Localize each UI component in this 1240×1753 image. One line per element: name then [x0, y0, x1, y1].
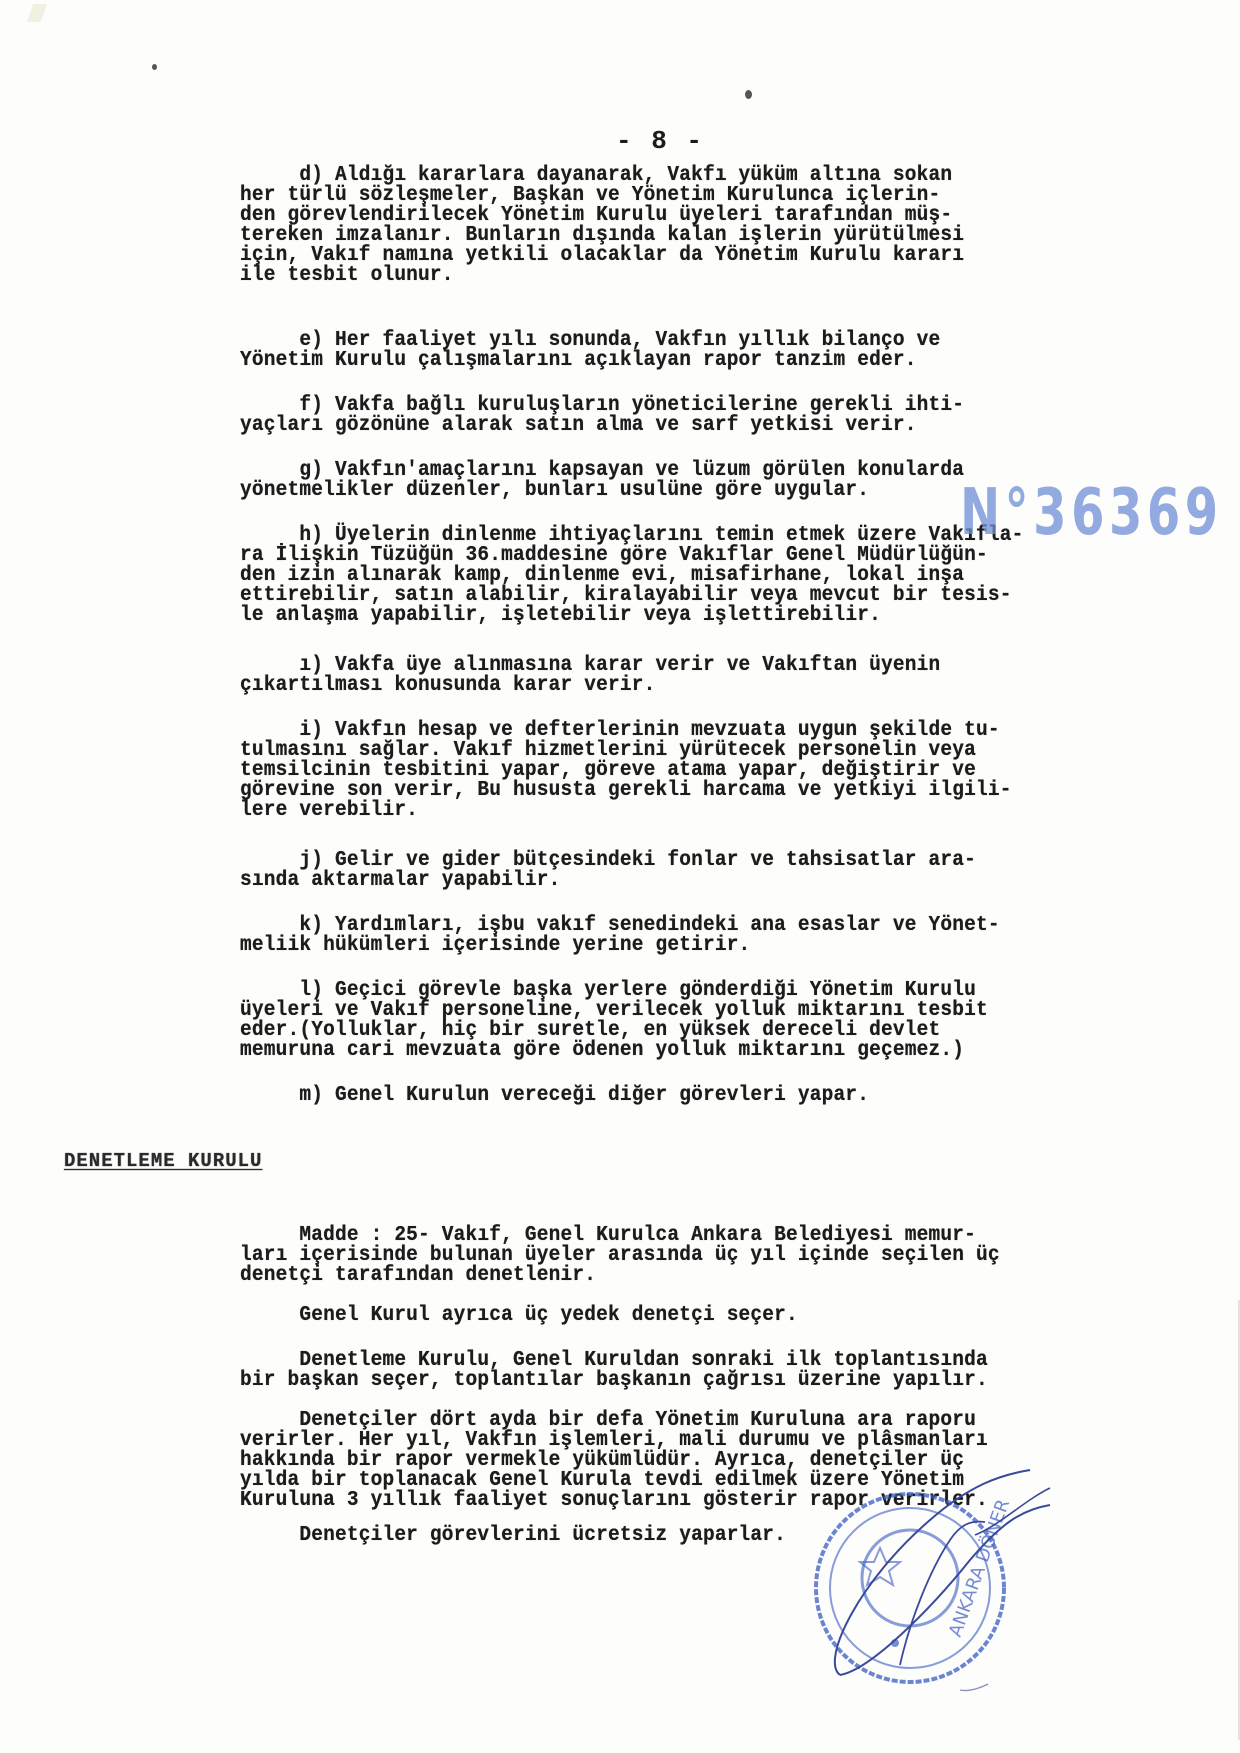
audit-paragraph-yedek: Genel Kurul ayrıca üç yedek denetçi seçe…: [240, 1305, 1110, 1325]
paragraph-d: d) Aldığı kararlara dayanarak, Vakfı yük…: [240, 165, 1110, 285]
text-line: l) Geçici görevle başka yerlere gönderdi…: [240, 980, 1110, 1000]
text-line: Genel Kurul ayrıca üç yedek denetçi seçe…: [240, 1305, 1110, 1325]
text-line: görevine son verir, Bu hususta gerekli h…: [240, 780, 1110, 800]
text-line: i) Vakfın hesap ve defterlerinin mevzuat…: [240, 720, 1110, 740]
paragraph-j: j) Gelir ve gider bütçesindeki fonlar ve…: [240, 850, 1110, 890]
paper-speck: [152, 64, 157, 70]
text-line: j) Gelir ve gider bütçesindeki fonlar ve…: [240, 850, 1110, 870]
text-line: Yönetim Kurulu çalışmalarını açıklayan r…: [240, 350, 1110, 370]
text-line: verirler. Her yıl, Vakfın işlemleri, mal…: [240, 1430, 1110, 1450]
text-line: Madde : 25- Vakıf, Genel Kurulca Ankara …: [240, 1225, 1110, 1245]
text-line: ları içerisinde bulunan üyeler arasında …: [240, 1245, 1110, 1265]
text-line: le anlaşma yapabilir, işletebilir veya i…: [240, 605, 1110, 625]
paragraph-e: e) Her faaliyet yılı sonunda, Vakfın yıl…: [240, 330, 1110, 370]
paper-corner-fold: [27, 4, 48, 22]
text-line: yaçları gözönüne alarak satın alma ve sa…: [240, 415, 1110, 435]
text-line: ı) Vakfa üye alınmasına karar verir ve V…: [240, 655, 1110, 675]
text-line: tulmasını sağlar. Vakıf hizmetlerini yür…: [240, 740, 1110, 760]
text-line: Denetleme Kurulu, Genel Kuruldan sonraki…: [240, 1350, 1110, 1370]
text-line: den izin alınarak kamp, dinlenme evi, mi…: [240, 565, 1110, 585]
audit-paragraph-madde-25: Madde : 25- Vakıf, Genel Kurulca Ankara …: [240, 1225, 1110, 1285]
text-line: her türlü sözleşmeler, Başkan ve Yönetim…: [240, 185, 1110, 205]
text-line: d) Aldığı kararlara dayanarak, Vakfı yük…: [240, 165, 1110, 185]
text-line: temsilcinin tesbitini yapar, göreve atam…: [240, 760, 1110, 780]
text-line: Denetçiler dört ayda bir defa Yönetim Ku…: [240, 1410, 1110, 1430]
text-line: den görevlendirilecek Yönetim Kurulu üye…: [240, 205, 1110, 225]
text-line: f) Vakfa bağlı kuruluşların yöneticileri…: [240, 395, 1110, 415]
text-line: çıkartılması konusunda karar verir.: [240, 675, 1110, 695]
text-line: memuruna cari mevzuata göre ödenen yollu…: [240, 1040, 1110, 1060]
registration-stamp-number: N°36369: [960, 476, 1223, 550]
page-number: - 8 -: [0, 126, 1240, 156]
paragraph-ı: ı) Vakfa üye alınmasına karar verir ve V…: [240, 655, 1110, 695]
text-line: ettirebilir, satın alabilir, kiralayabil…: [240, 585, 1110, 605]
paper-speck: [745, 90, 752, 99]
text-line: denetçi tarafından denetlenir.: [240, 1265, 1110, 1285]
text-line: k) Yardımları, işbu vakıf senedindeki an…: [240, 915, 1110, 935]
text-line: lere verebilir.: [240, 800, 1110, 820]
text-line: meliik hükümleri içerisinde yerine getir…: [240, 935, 1110, 955]
paragraph-l: l) Geçici görevle başka yerlere gönderdi…: [240, 980, 1110, 1060]
text-line: sında aktarmalar yapabilir.: [240, 870, 1110, 890]
text-line: ile tesbit olunur.: [240, 265, 1110, 285]
section-heading: DENETLEME KURULU: [64, 1150, 262, 1172]
text-line: eder.(Yolluklar, hiç bir suretle, en yük…: [240, 1020, 1110, 1040]
text-line: e) Her faaliyet yılı sonunda, Vakfın yıl…: [240, 330, 1110, 350]
audit-paragraph-baskan: Denetleme Kurulu, Genel Kuruldan sonraki…: [240, 1350, 1110, 1390]
text-line: için, Vakıf namına yetkili olacaklar da …: [240, 245, 1110, 265]
text-line: tereken imzalanır. Bunların dışında kala…: [240, 225, 1110, 245]
text-line: bir başkan seçer, toplantılar başkanın ç…: [240, 1370, 1110, 1390]
paragraph-k: k) Yardımları, işbu vakıf senedindeki an…: [240, 915, 1110, 955]
paragraph-i: i) Vakfın hesap ve defterlerinin mevzuat…: [240, 720, 1110, 820]
text-line: üyeleri ve Vakıf personeline, verilecek …: [240, 1000, 1110, 1020]
signature-icon: [800, 1460, 1080, 1700]
paragraph-m: m) Genel Kurulun vereceği diğer görevler…: [240, 1085, 1110, 1105]
document-page: - 8 - d) Aldığı kararlara dayanarak, Vak…: [0, 0, 1240, 1753]
text-line: m) Genel Kurulun vereceği diğer görevler…: [240, 1085, 1110, 1105]
paragraph-f: f) Vakfa bağlı kuruluşların yöneticileri…: [240, 395, 1110, 435]
